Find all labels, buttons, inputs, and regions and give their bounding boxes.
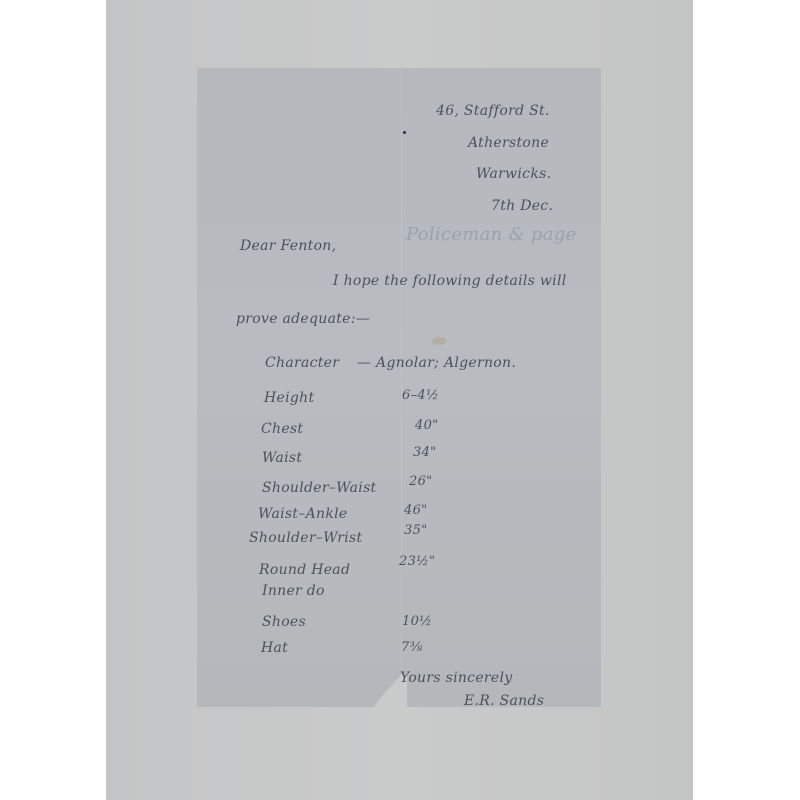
detail-value: — Agnolar; Algernon. [357,355,516,371]
detail-label: Hat [261,640,288,656]
pencil-annotation: Policeman & page [406,224,577,245]
detail-value: 26" [409,474,432,489]
closing: Yours sincerely [400,670,512,686]
address-street: 46, Stafford St. [436,103,550,119]
detail-label: Shoulder–Waist [262,480,376,496]
detail-value: 6–4½ [402,388,439,403]
detail-value: 46" [404,503,427,518]
ink-dot [403,131,406,134]
address-county: Warwicks. [476,166,551,182]
signature: E.R. Sands [464,693,544,709]
salutation: Dear Fenton, [240,238,336,254]
detail-label: Waist–Ankle [258,506,347,522]
detail-value: 23½" [399,554,435,569]
detail-label: Round Head [259,562,350,578]
detail-value: 40" [415,418,438,433]
letter-date: 7th Dec. [491,198,553,214]
letter-sheet [197,68,601,707]
detail-label: Character [265,355,339,371]
foxing-stain [432,337,446,345]
detail-label: Inner do [262,583,325,599]
detail-value: 34" [413,445,436,460]
detail-value: 10½ [402,614,432,629]
detail-label: Shoes [262,614,306,630]
body-line-1: I hope the following details will [333,273,567,289]
detail-label: Waist [262,450,302,466]
address-town: Atherstone [468,135,549,151]
detail-value: 35" [404,523,427,538]
detail-label: Height [264,390,314,406]
detail-value: 7⅜ [401,640,422,655]
detail-label: Shoulder–Wrist [249,530,362,546]
body-line-2: prove adequate:— [236,311,370,327]
detail-label: Chest [261,421,303,437]
